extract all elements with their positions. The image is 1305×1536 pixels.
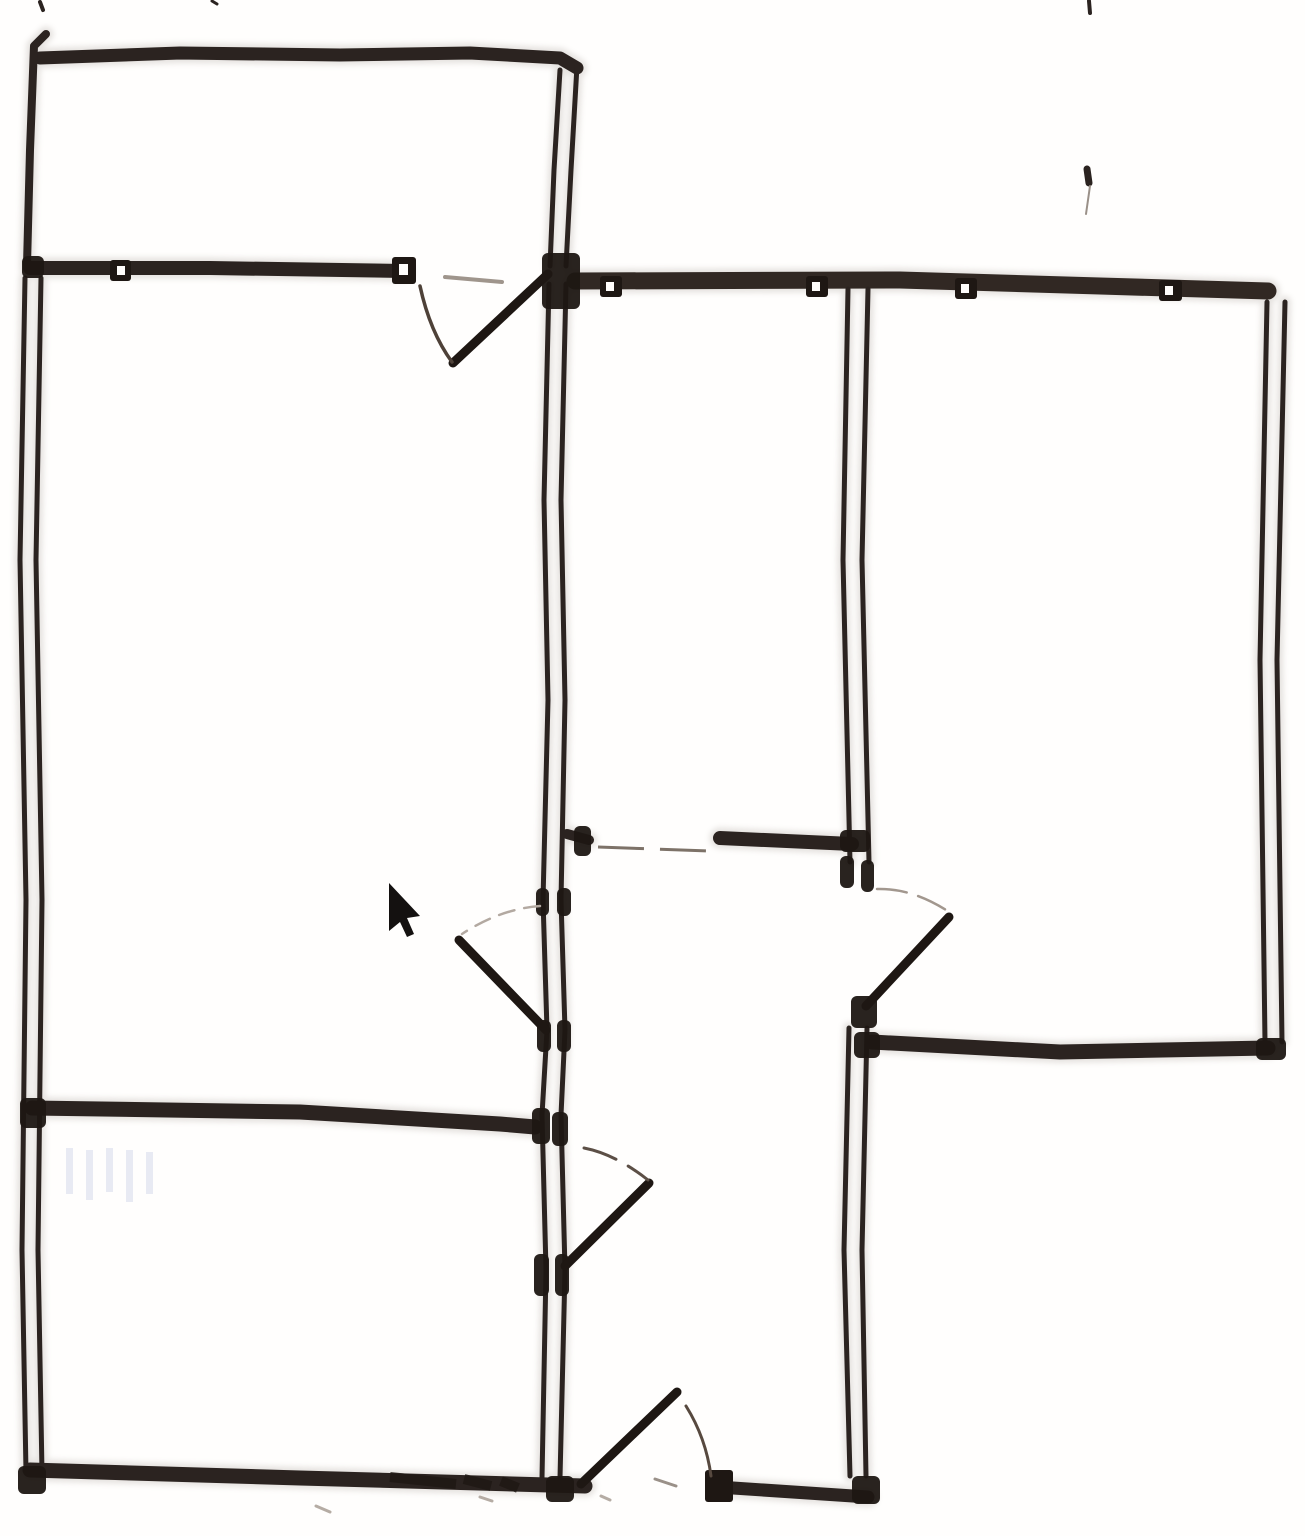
scan-streak bbox=[66, 1148, 73, 1194]
door-swing-arc bbox=[877, 889, 946, 910]
wall-joint-blob bbox=[840, 856, 854, 888]
stray-mark bbox=[1086, 186, 1090, 214]
wall-joint-blob bbox=[22, 256, 44, 278]
walls bbox=[20, 34, 1285, 1497]
wall-joint-blob bbox=[861, 860, 874, 892]
stray-mark bbox=[445, 277, 502, 282]
mouse-cursor bbox=[389, 883, 420, 937]
screenshot-root bbox=[0, 0, 1305, 1536]
wall-joint-blob bbox=[840, 830, 870, 852]
stray-mark bbox=[212, 1, 217, 4]
wall-joint-blob bbox=[534, 1254, 549, 1296]
door-leaf bbox=[453, 274, 548, 363]
scan-streak bbox=[126, 1150, 133, 1202]
wall-shade-dash bbox=[390, 1477, 456, 1484]
junction-marker-center bbox=[812, 282, 820, 291]
wall-joint-blob bbox=[536, 888, 549, 916]
stray-mark bbox=[655, 1479, 676, 1486]
junction-marker bbox=[705, 1470, 733, 1502]
mid-wall-right-segment bbox=[720, 838, 852, 844]
door-swing-arc bbox=[584, 1148, 648, 1180]
door-swing-arc bbox=[686, 1406, 711, 1476]
door-leaf bbox=[581, 1392, 677, 1484]
wall-joint-blob bbox=[852, 1476, 880, 1504]
scan-streak bbox=[106, 1148, 113, 1192]
wall-joint-blob bbox=[542, 253, 580, 309]
scan-streak bbox=[86, 1150, 93, 1200]
door-swing-arc bbox=[420, 286, 452, 362]
wall-joint-blob bbox=[557, 1020, 571, 1052]
floorplan-canvas bbox=[0, 0, 1305, 1536]
door-leaf bbox=[565, 1183, 649, 1266]
scan-streak bbox=[146, 1152, 153, 1194]
wall-shade-dash bbox=[501, 1481, 518, 1488]
stray-mark bbox=[1089, 1, 1090, 13]
junction-marker-center bbox=[961, 284, 969, 293]
stray-mark bbox=[1087, 169, 1089, 183]
wall-joint-blob bbox=[20, 1098, 46, 1128]
junction-marker-center bbox=[117, 266, 125, 275]
junction-markers bbox=[18, 253, 1286, 1504]
wall-joint-blob bbox=[574, 826, 591, 856]
wall-joint-blob bbox=[557, 888, 571, 916]
scan-streaks bbox=[66, 1148, 153, 1202]
top-left-room-bottom-wall bbox=[30, 268, 404, 271]
wall-joint-blob bbox=[854, 1032, 880, 1058]
wall-shade-dash bbox=[464, 1479, 491, 1486]
wall-joint-blob bbox=[18, 1466, 46, 1494]
wall-joint-blob bbox=[552, 1112, 568, 1146]
junction-marker-center bbox=[606, 282, 614, 291]
bottom-wall-right bbox=[733, 1488, 868, 1497]
junction-marker-center bbox=[1165, 286, 1173, 295]
wall-joint-blob bbox=[546, 1476, 574, 1502]
door-leaf bbox=[459, 940, 546, 1030]
haze-layer bbox=[20, 34, 1285, 1497]
junction-marker-center bbox=[399, 264, 408, 275]
stray-mark bbox=[480, 1497, 492, 1501]
stray-mark bbox=[316, 1506, 330, 1512]
stray-mark bbox=[601, 1496, 610, 1500]
top-left-room-top-wall bbox=[40, 53, 577, 68]
door-leaf bbox=[866, 917, 949, 1006]
stray-mark bbox=[40, 2, 43, 10]
threshold-line bbox=[598, 847, 708, 851]
wall-joint-blob bbox=[532, 1108, 550, 1144]
wall-joint-blob bbox=[1256, 1038, 1286, 1060]
door-swing-arc bbox=[462, 906, 540, 934]
